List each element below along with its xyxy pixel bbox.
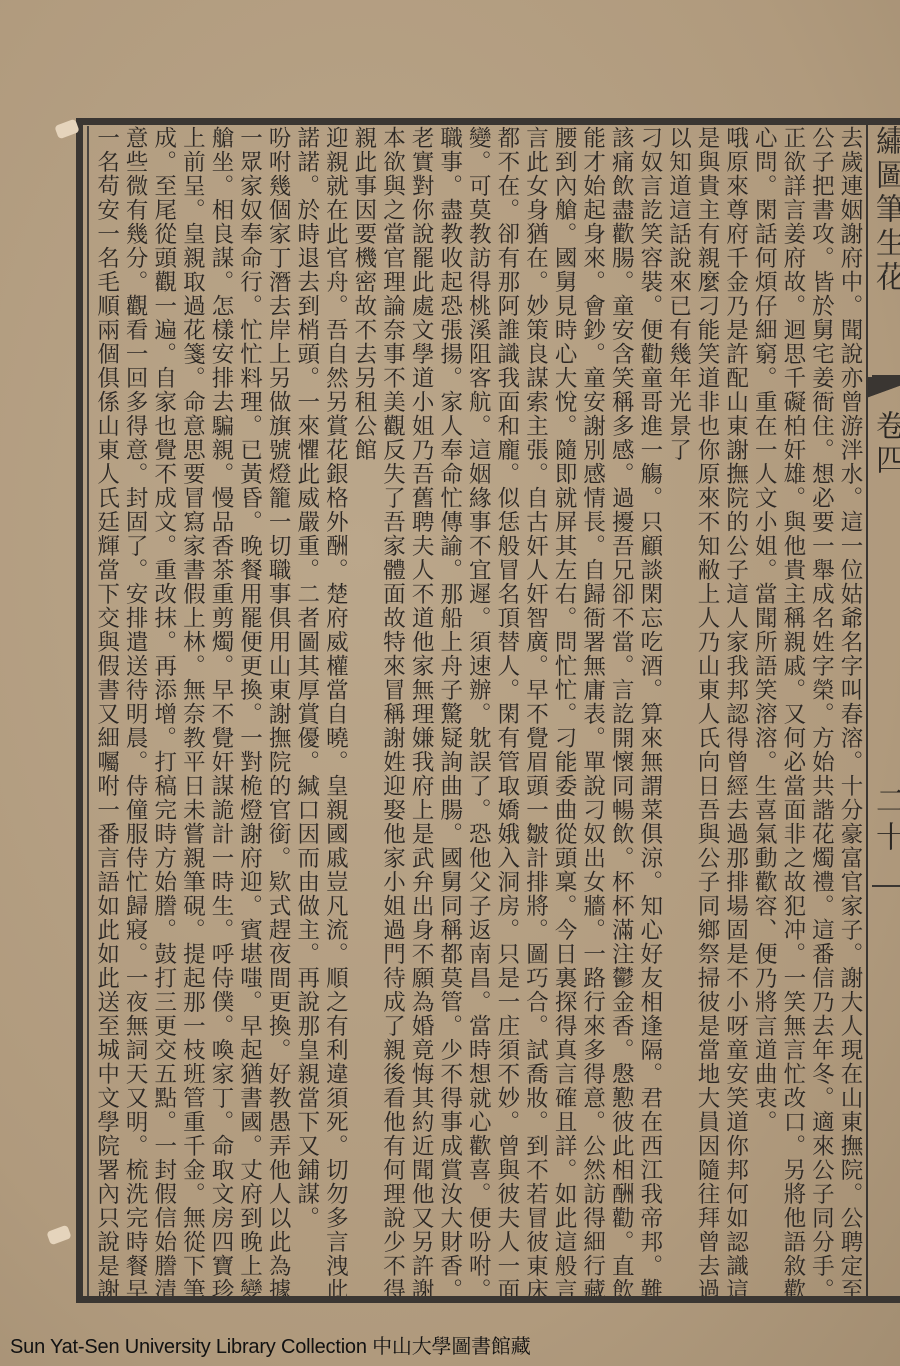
book-title: 繡圖筆生花 <box>872 125 900 377</box>
text-column: 艙坐。相良謀。怎樣安排去騙親。慢品香茶重剪燭。早不覺奸謀詭計一時生。呼侍僕。喚家… <box>206 126 235 1296</box>
text-column: 刁奴言訖笑容裝。便勸童哥進一觴。只顧談閑忘吃酒。算來無謂菜俱涼。知心好友相逢隔。… <box>635 126 664 1296</box>
text-column: 哦原來尊府千金乃是許配山東謝撫院的公子這人家我邦認得曾經去過那排場固是不小呀童安… <box>721 126 750 1296</box>
text-column: 上前呈。皇親取過花箋。命意思要冒寫家書假上林。無奈教平日未嘗親筆硯。提起那一枝班… <box>178 126 207 1296</box>
text-column: 迎親就在此官舟。吾自然另賞花銀格外酬。楚府威權當自曉。皇親國戚豈凡流。順之有利違… <box>321 126 350 1296</box>
text-column: 以知道這話說來已有幾年光景了 <box>664 126 693 1296</box>
volume-label: 卷四 <box>872 410 900 478</box>
text-column: 公子把書攻。皆於舅宅姜衙住。想必要一舉成名姓字榮。方始共諧花燭禮。這番信乃去年冬… <box>807 126 836 1296</box>
text-column: 能才始起身來。會鈔。童安謝別感情長。自歸衙署無庸表。單說刁奴出女牆。一路行來多得… <box>578 126 607 1296</box>
text-column: 言此女身猶在。妙策良謀索主張。自古奸人奸智廣。早不覺眉頭一皺計排將。圖巧合。試喬… <box>521 126 550 1296</box>
text-column: 一眾家奴奉命行。忙忙料理。已黃昏。晚餐用罷便更換。一對桅燈謝府迎。賓堪嗤。早起猶… <box>235 126 264 1296</box>
text-column: 職事。盡教收起恐張揚。家人奉命忙傳諭。那船上舟子驚疑詢曲腸。國舅同稱都莫管。少不… <box>435 126 464 1296</box>
text-column: 都不在。卻有那阿誰識我面和龐。似恁般冒名頂替人。閑有管取嬌娥入洞房。只是一庄須不… <box>492 126 521 1296</box>
text-column: 腰到內艙。國舅見時心大悅。隨即就屏其左右。問忙忙。刁能委曲從頭稟。今日裏探得真言… <box>549 126 578 1296</box>
text-column: 去歲連姻謝府中。聞說亦曾游泮水。這一位姑爺名字叫春溶。十分豪富官家子。謝大人現在… <box>835 126 864 1296</box>
text-column: 諾諾。於時退去到梢頭。一來懼此威嚴重。二者圖其厚賞優。緘口因而由做主。再說那皇親… <box>292 126 321 1296</box>
page-margin-column: 繡圖筆生花 卷四 二十 <box>866 125 900 1296</box>
fish-tail-mark <box>868 377 900 405</box>
text-column: 正欲詳言姜府故。迴思千礙柏奸雄。與他貴主稱親戚。又何必當面非之故犯冲。一笑無言忙… <box>778 126 807 1296</box>
binding-thread-mark <box>46 1225 71 1246</box>
text-body: 去歲連姻謝府中。聞說亦曾游泮水。這一位姑爺名字叫春溶。十分豪富官家子。謝大人現在… <box>92 126 864 1296</box>
library-watermark: Sun Yat-Sen University Library Collectio… <box>10 1330 531 1359</box>
text-column: 心問。閑話何煩仔細窮。重在一人文小姐。當聞所語笑溶溶。生喜氣動歡容、便乃將言道曲… <box>750 126 779 1296</box>
inner-border-line <box>87 126 89 1296</box>
text-column: 本欲與之當官理論奈事不美觀反失了吾家體面故特來冒稱謝姓迎娶他家小姐過門待成了親後… <box>378 126 407 1296</box>
text-column: 意些微有幾分。觀看一回多得意。封固了。安排遣送待明晨。侍僮服侍忙歸寢。一夜無詞天… <box>121 126 150 1296</box>
text-column: 是與貴主有親麼刁能笑道非也你原來不知敝上人乃山東人氏向日吾與公子同鄉祭掃彼是當地… <box>692 126 721 1296</box>
text-column: 老實對你說罷此處文學道小姐乃吾舊聘夫人不道他家無理嫌我府上是武弁出身不願為婚竟悔… <box>407 126 436 1296</box>
text-column: 吩咐幾個家丁潛去岸上另做旗號燈籠一切職事俱用山東謝撫院的官銜。欵式趕夜間更換。好… <box>264 126 293 1296</box>
page-number: 二十 <box>872 785 900 887</box>
text-column: 變。可莫教訪得桃溪阻客航。這姻緣事不宜遲。須速辦。躭誤了。恐他父子返南昌。當時想… <box>464 126 493 1296</box>
text-column: 親此事因要機密故不去另租公館 <box>349 126 378 1296</box>
text-column: 一名苟安一名毛順兩個俱係山東人氏廷輝當下交與假書又細囑咐一番言語如此如此送至城中… <box>92 126 121 1296</box>
text-column: 該痛飲盡歡腸。童安含笑稱多感。過擾吾兄卻不當。言訖開懷同暢飲。杯杯滿注鬱金香。慇… <box>607 126 636 1296</box>
text-column: 成。至尾從頭觀一遍。自家也覺不成文。重改抹。再添增。打稿完時方始謄。鼓打三更交五… <box>149 126 178 1296</box>
